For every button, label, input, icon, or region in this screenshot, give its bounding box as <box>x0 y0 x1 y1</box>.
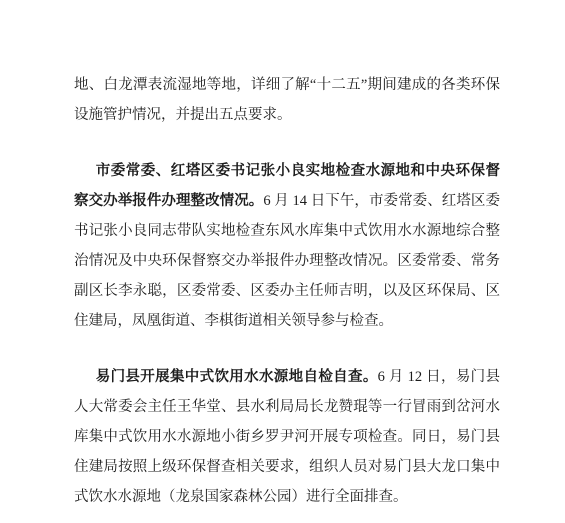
document-page: 地、白龙潭表流湿地等地，详细了解“十二五”期间建成的各类环保设施管护情况，并提出… <box>0 0 565 523</box>
paragraph-yimen-selfcheck-lead: 易门县开展集中式饮用水水源地自检自查。 <box>96 369 378 385</box>
paragraph-yimen-selfcheck-text: 6 月 12 日，易门县人大常委会主任王华堂、县水利局局长龙赞琨等一行冒雨到岔河… <box>74 369 500 505</box>
document-body: 地、白龙潭表流湿地等地，详细了解“十二五”期间建成的各类环保设施管护情况，并提出… <box>74 70 500 512</box>
paragraph-yimen-selfcheck: 易门县开展集中式饮用水水源地自检自查。6 月 12 日，易门县人大常委会主任王华… <box>74 362 500 512</box>
paragraph-city-inspection: 市委常委、红塔区委书记张小良实地检查水源地和中央环保督察交办举报件办理整改情况。… <box>74 156 500 336</box>
paragraph-city-inspection-text: 6 月 14 日下午，市委常委、红塔区委书记张小良同志带队实地检查东风水库集中式… <box>74 193 500 329</box>
paragraph-continuation: 地、白龙潭表流湿地等地，详细了解“十二五”期间建成的各类环保设施管护情况，并提出… <box>74 70 500 130</box>
paragraph-continuation-text: 地、白龙潭表流湿地等地，详细了解“十二五”期间建成的各类环保设施管护情况，并提出… <box>74 77 500 123</box>
